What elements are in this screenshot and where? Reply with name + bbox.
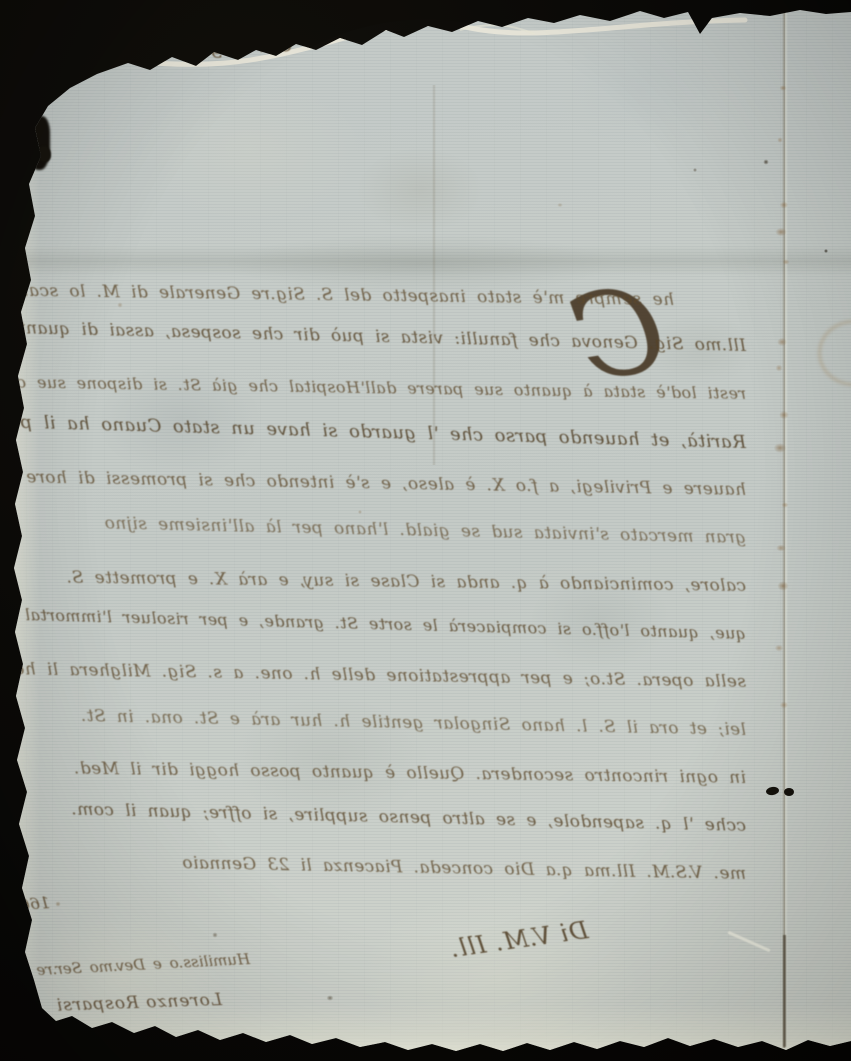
letter-body-line: he sempre m'è stato inaspetto del S. Sig…: [0, 282, 674, 309]
letter-body-line: in ogni rincontro secondera. Quello è qu…: [28, 760, 746, 787]
letter-body-line: Rarità, et hauendo parso che 'l guardo s…: [28, 414, 746, 452]
letter-body-line: gran mercato s'inviata sud se giald. l'h…: [28, 514, 746, 547]
white-crease-fiber-line: [80, 0, 760, 95]
header-ca-mark: Ca: [258, 20, 289, 37]
closing-mark-left: L. G.M. bos: [0, 926, 27, 957]
letter-body-text-block: he sempre m'è stato inaspetto del S. Sig…: [28, 286, 746, 926]
paper-sheet: Ca Car Sig. Ill.ma mia Sig. e Pron Col.m…: [0, 0, 851, 1061]
letter-body-line: hauere e Privilegi, a f.o X. è aleso, e …: [28, 469, 746, 499]
letter-body-line: que, quanto l'off.o si compiacerà le sor…: [28, 607, 746, 642]
letter-date-line: me. V.S.M. Ill.ma q.a Dio conceda. Piace…: [28, 852, 746, 883]
ink-dot: [784, 788, 794, 796]
photograph-background: Ca Car Sig. Ill.ma mia Sig. e Pron Col.m…: [0, 0, 851, 1061]
letter-body-line: sella opera. St.o; e per apprestatione d…: [28, 661, 746, 691]
letter-body-line: lei; et ora il S. l. hano Singolar genti…: [28, 707, 746, 739]
letter-body-line: cche 'l q. sapendole, e se altro penso s…: [28, 800, 746, 835]
ink-blot-lobe: [38, 146, 51, 162]
letter-body-line: calore, cominciando à q. anda si Clase s…: [28, 569, 746, 595]
letter-body-line: Ill.mo Sig. Genova che fanulli: vista si…: [28, 320, 746, 355]
letter-body-line: resti lod'è stata à quanto sue parere da…: [28, 375, 746, 402]
